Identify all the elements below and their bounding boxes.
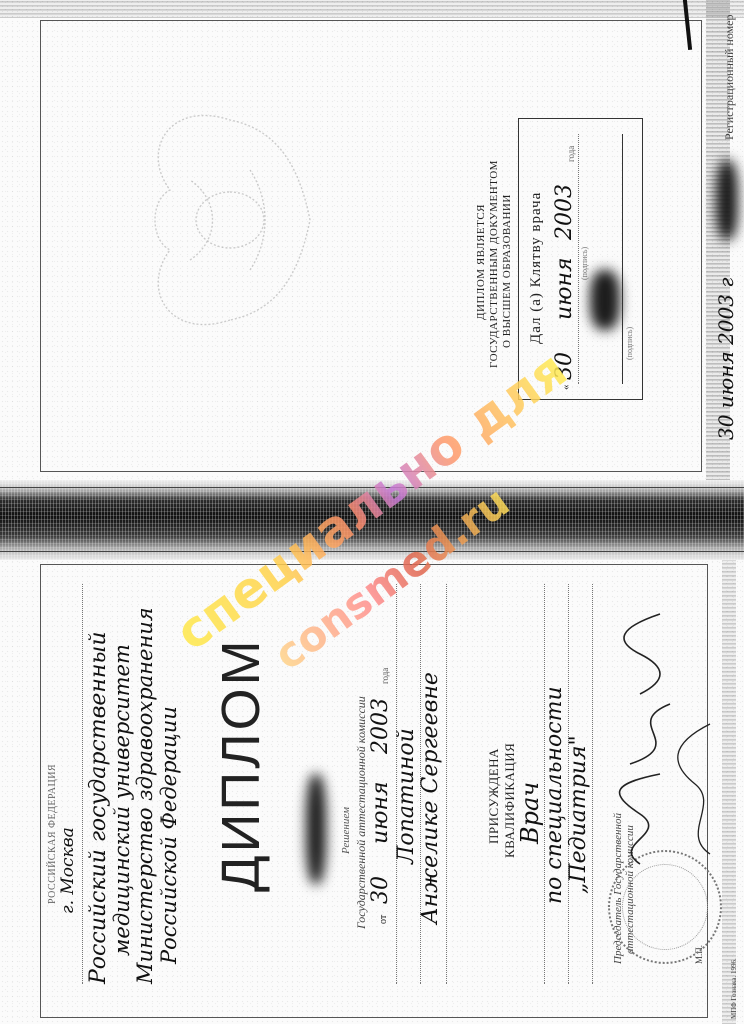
institution-line-2: медицинский университет — [110, 644, 134, 956]
notice-line-3: О ВЫСШЕМ ОБРАЗОВАНИИ — [501, 194, 513, 348]
specialty-line: по специальности — [542, 686, 567, 904]
oath-caption-2: (подпись) — [625, 327, 634, 360]
oath-year: 2003 — [552, 184, 577, 240]
qualification-value: Врач — [516, 782, 544, 844]
institution-line-1: Российский государственный — [86, 632, 111, 984]
diploma-title: ДИПЛОМ — [210, 637, 272, 892]
decision-day: 30 — [368, 876, 393, 904]
decision-year: 2003 — [368, 698, 393, 754]
country-label: РОССИЙСКАЯ ФЕДЕРАЦИЯ — [47, 764, 58, 904]
awarded-label: ПРИСУЖДЕНА — [486, 748, 502, 844]
scanned-diploma: РОССИЙСКАЯ ФЕДЕРАЦИЯ г. Москва Российски… — [0, 0, 744, 1024]
diploma-cover-inner-page: ДИПЛОМ ЯВЛЯЕТСЯ ГОСУДАРСТВЕННЫМ ДОКУМЕНТ… — [0, 0, 744, 480]
city: г. Москва — [58, 827, 78, 914]
redacted-diploma-number — [306, 774, 326, 884]
line — [622, 134, 623, 384]
oath-year-suffix: года — [566, 146, 576, 162]
registration-label: Регистрационный номер — [722, 14, 737, 140]
decision-label: Решением — [340, 807, 352, 854]
redacted-oath-signature — [590, 270, 620, 330]
printer-note: МПФ Гознака. 1996. — [730, 958, 738, 1019]
decision-date-prefix: от — [378, 915, 389, 924]
chairman-signature — [600, 574, 730, 874]
institution-line-3: Министерство здравоохранения — [133, 607, 157, 984]
redacted-registration-number — [716, 160, 738, 240]
oath-label: Дал (а) Клятву врача — [528, 192, 545, 344]
oath-caption-1: (подпись) — [580, 247, 589, 280]
decision-year-suffix: года — [380, 668, 390, 684]
decision-month: июня — [368, 781, 393, 844]
notice-line-1: ДИПЛОМ ЯВЛЯЕТСЯ — [475, 204, 487, 320]
recipient-line-2: Анжелике Сергеевне — [418, 672, 443, 924]
recipient-line-1: Лопатиной — [394, 728, 419, 864]
page-edge-side — [0, 0, 744, 18]
institution-line-4: Российской Федерации — [157, 706, 181, 964]
oath-month: июня — [552, 257, 577, 320]
notice-line-2: ГОСУДАРСТВЕННЫМ ДОКУМЕНТОМ — [488, 160, 500, 368]
specialty-value: „Педиатрия" — [566, 735, 591, 894]
commission-label: Государственной аттестационной комиссии — [354, 696, 369, 929]
state-emblem-icon — [110, 80, 350, 360]
registration-date: 30 июня 2003 г — [714, 278, 738, 440]
diploma-main-page: РОССИЙСКАЯ ФЕДЕРАЦИЯ г. Москва Российски… — [0, 560, 744, 1024]
